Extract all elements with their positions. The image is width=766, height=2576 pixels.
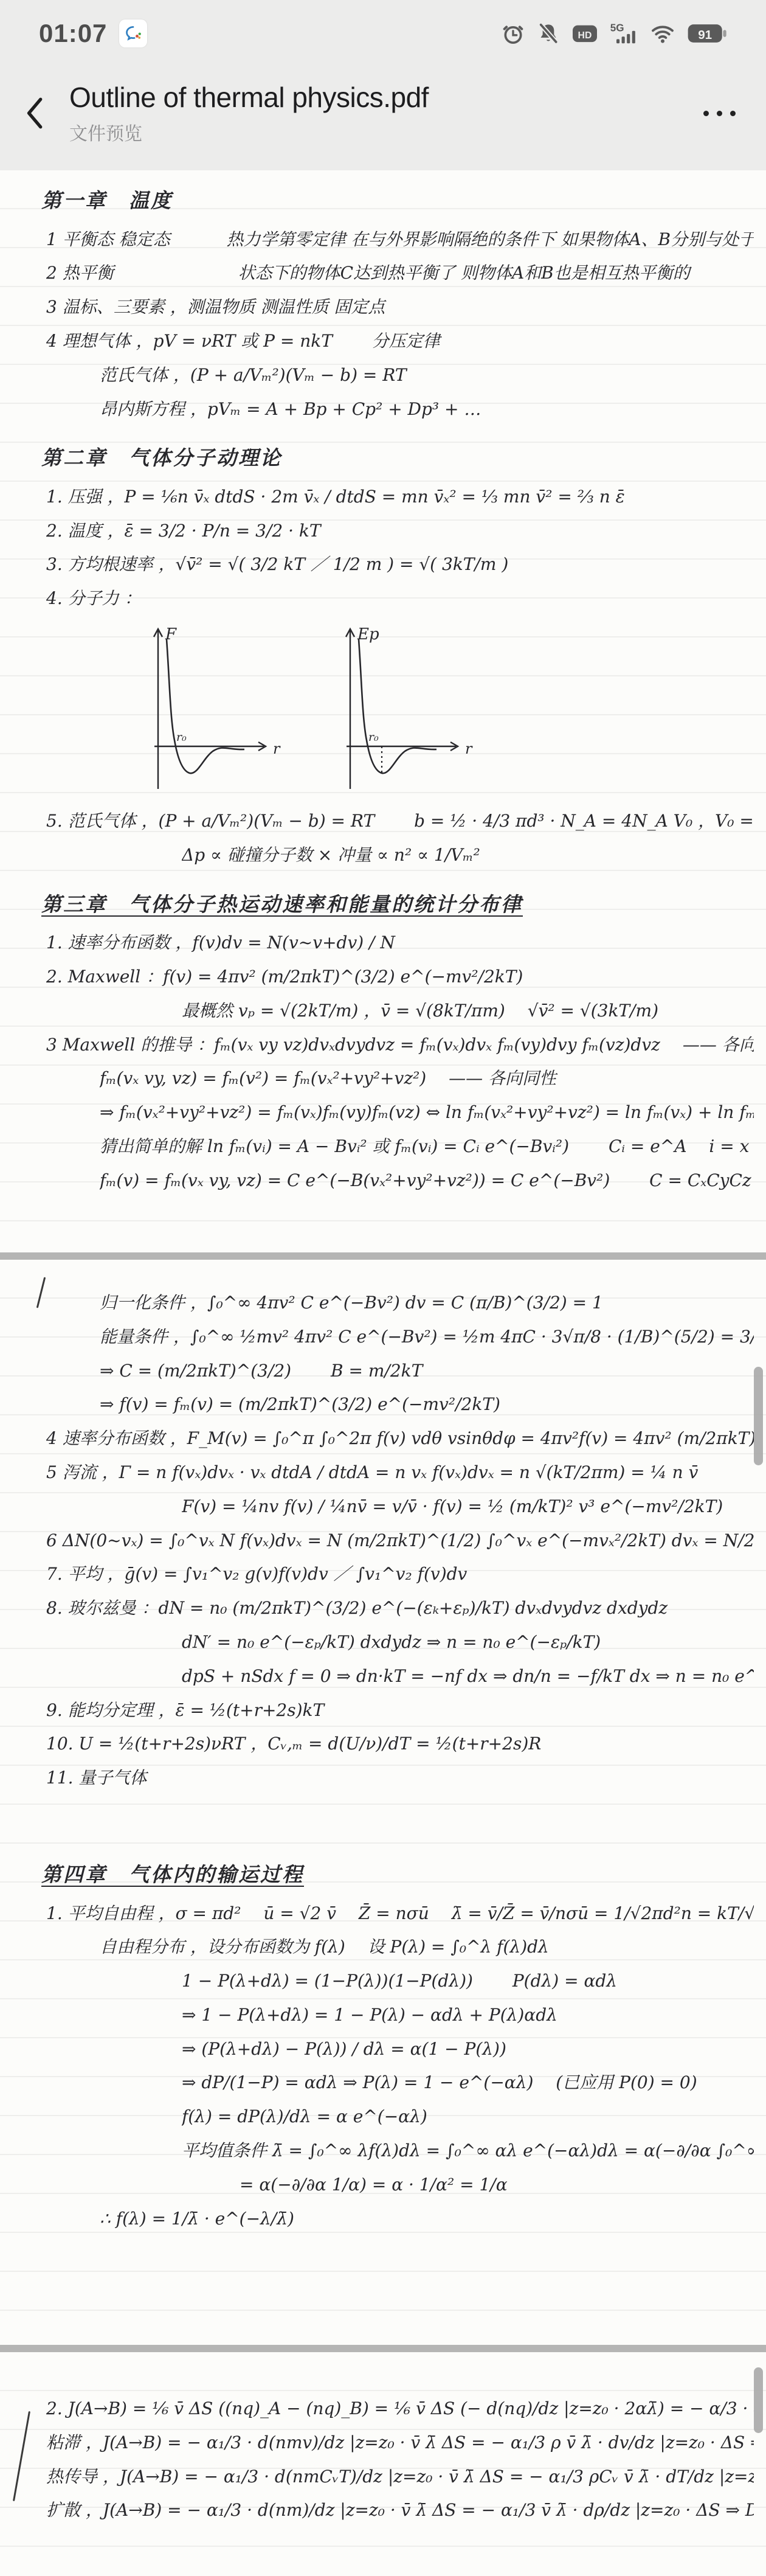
note-line: 1. 压强 ，P = ⅙n v̄ₓ dtdS · 2m v̄ₓ / dtdS =… bbox=[46, 485, 754, 509]
note-line: F(v) = ¼nv f(v) / ¼nv̄ = v/v̄ · f(v) = ½… bbox=[182, 1495, 754, 1518]
note-line: 2 热平衡 状态下的物体C达到热平衡了 则物体A和B也是相互热平衡的 bbox=[46, 262, 754, 285]
pdf-page-3: 2. J(A→B) = ⅙ v̄ ΔS ((nq)_A − (nq)_B) = … bbox=[0, 2352, 766, 2576]
back-button[interactable] bbox=[24, 92, 58, 134]
pen-mark bbox=[36, 1277, 46, 1308]
chapter-heading: 第二章 气体分子动理论 bbox=[41, 445, 754, 472]
note-line: 平均值条件 λ̄ = ∫₀^∞ λf(λ)dλ = ∫₀^∞ αλ e^(−αλ… bbox=[182, 2139, 754, 2162]
wifi-icon bbox=[649, 21, 676, 46]
hd-badge-icon: HD bbox=[571, 21, 598, 46]
chapter-heading: 第一章 温度 bbox=[41, 187, 754, 215]
note-line: 10. U = ½(t+r+2s)νRT ，Cᵥ,ₘ = d(U/ν)/dT =… bbox=[46, 1732, 754, 1755]
svg-text:5G: 5G bbox=[610, 22, 624, 34]
dot-icon bbox=[717, 111, 722, 116]
force-vs-r-plot: F r r₀ bbox=[136, 621, 288, 797]
note-line: 4 理想气体 ，pV = νRT 或 P = nkT 分压定律 bbox=[46, 330, 754, 353]
note-line: 9. 能均分定理 ，ε̄ = ½(t+r+2s)kT bbox=[46, 1699, 754, 1722]
scrollbar-thumb[interactable] bbox=[754, 1367, 763, 1465]
note-line: 8. 玻尔兹曼 ：dN = n₀ (m/2πkT)^(3/2) e^(−(εₖ+… bbox=[46, 1597, 754, 1620]
note-line: dpS + nSdx f = 0 ⇒ dn·kT = −nf dx ⇒ dn/n… bbox=[182, 1665, 754, 1688]
note-line: 2. Maxwell ：f(v) = 4πv² (m/2πkT)^(3/2) e… bbox=[46, 965, 754, 988]
note-line: 热传导 ，J(A→B) = − α₁/3 · d(nmCᵥT)/dz |z=z₀… bbox=[46, 2465, 754, 2488]
dot-icon bbox=[730, 111, 736, 116]
scrollbar-thumb[interactable] bbox=[754, 2367, 763, 2433]
page-title: Outline of thermal physics.pdf bbox=[69, 81, 701, 114]
note-line: 粘滞 ，J(A→B) = − α₁/3 · d(nmv)/dz |z=z₀ · … bbox=[46, 2431, 754, 2454]
note-line: ⇒ C = (m/2πkT)^(3/2) B = m/2kT bbox=[100, 1359, 754, 1383]
potential-vs-r-plot: Ep r r₀ bbox=[328, 621, 480, 797]
note-line: fₘ(vₓ vy, vz) = fₘ(v²) = fₘ(vₓ²+vy²+vz²)… bbox=[100, 1067, 754, 1090]
header: Outline of thermal physics.pdf 文件预览 bbox=[0, 67, 766, 170]
note-line: 5 泻流 ，Γ = n f(vₓ)dvₓ · vₓ dtdA / dtdA = … bbox=[46, 1461, 754, 1484]
note-line: 归一化条件 ，∫₀^∞ 4πv² C e^(−Bv²) dv = C (π/B)… bbox=[100, 1291, 754, 1314]
svg-text:Ep: Ep bbox=[357, 625, 379, 644]
svg-text:r: r bbox=[465, 740, 473, 757]
status-bar: 01:07 HD 5G bbox=[0, 0, 766, 67]
note-line: f(λ) = dP(λ)/dλ = α e^(−αλ) bbox=[182, 2105, 754, 2128]
messenger-app-icon bbox=[119, 19, 147, 47]
note-line: fₘ(v) = fₘ(vₓ vy, vz) = C e^(−B(vₓ²+vy²+… bbox=[100, 1169, 754, 1192]
svg-text:r₀: r₀ bbox=[368, 731, 379, 744]
note-line: 7. 平均 ，ḡ(v) = ∫v₁^v₂ g(v)f(v)dv ／ ∫v₁^v₂… bbox=[46, 1563, 754, 1586]
note-line: 3 温标、三要素 ，测温物质 测温性质 固定点 bbox=[46, 296, 754, 319]
note-line: 3 Maxwell 的推导 ：fₘ(vₓ vy vz)dvₓdvydvz = f… bbox=[46, 1033, 754, 1057]
page-subtitle: 文件预览 bbox=[69, 119, 701, 145]
note-line: 1. 平均自由程 ，σ = πd² ū = √2 v̄ Z̄ = nσū λ̄ … bbox=[46, 1902, 754, 1925]
note-line: ⇒ dP/(1−P) = αdλ ⇒ P(λ) = 1 − e^(−αλ) (已… bbox=[182, 2071, 754, 2094]
chevron-left-icon bbox=[24, 96, 46, 130]
note-line: 1. 速率分布函数 ，f(v)dv = N(v~v+dv) / N bbox=[46, 931, 754, 954]
document-viewport[interactable]: 第一章 温度1 平衡态 稳定态 热力学第零定律 在与外界影响隔绝的条件下 如果物… bbox=[0, 170, 766, 2576]
chapter-heading: 第三章 气体分子热运动速率和能量的统计分布律 bbox=[41, 891, 754, 918]
note-line: 2. 温度 ，ε̄ = 3/2 · P/n = 3/2 · kT bbox=[46, 519, 754, 543]
page-break-band bbox=[0, 2345, 766, 2352]
svg-text:r: r bbox=[273, 740, 281, 757]
note-line: 2. J(A→B) = ⅙ v̄ ΔS ((nq)_A − (nq)_B) = … bbox=[46, 2397, 754, 2420]
pdf-page-1: 第一章 温度1 平衡态 稳定态 热力学第零定律 在与外界影响隔绝的条件下 如果物… bbox=[0, 170, 766, 1252]
note-line: Δp ∝ 碰撞分子数 × 冲量 ∝ n² ∝ 1/Vₘ² bbox=[182, 844, 754, 867]
page-break-band bbox=[0, 1252, 766, 1260]
pen-mark bbox=[13, 2411, 30, 2501]
mute-bell-icon bbox=[536, 21, 561, 46]
svg-text:91: 91 bbox=[698, 28, 712, 42]
alarm-icon bbox=[501, 21, 525, 46]
note-line: 4. 分子力 ： bbox=[46, 587, 754, 610]
note-line: 3. 方均根速率 ，√v̄² = √( 3/2 kT ／ 1/2 m ) = √… bbox=[46, 553, 754, 576]
note-line: 范氏气体 ，(P + a/Vₘ²)(Vₘ − b) = RT bbox=[100, 364, 754, 387]
note-line: dN′ = n₀ e^(−εₚ/kT) dxdydz ⇒ n = n₀ e^(−… bbox=[182, 1631, 754, 1654]
note-line: 11. 量子气体 bbox=[46, 1766, 754, 1790]
note-line: ⇒ (P(λ+dλ) − P(λ)) / dλ = α(1 − P(λ)) bbox=[182, 2038, 754, 2061]
note-line: ⇒ fₘ(vₓ²+vy²+vz²) = fₘ(vₓ)fₘ(vy)fₘ(vz) ⇔… bbox=[100, 1101, 754, 1124]
note-line: ∴ f(λ) = 1/λ̄ · e^(−λ/λ̄) bbox=[100, 2207, 754, 2231]
battery-icon: 91 bbox=[687, 21, 727, 46]
status-time: 01:07 bbox=[39, 19, 107, 48]
svg-text:F: F bbox=[165, 625, 177, 644]
note-line: ⇒ 1 − P(λ+dλ) = 1 − P(λ) − αdλ + P(λ)αdλ bbox=[182, 2004, 754, 2027]
svg-text:r₀: r₀ bbox=[176, 731, 187, 744]
note-line: 1 平衡态 稳定态 热力学第零定律 在与外界影响隔绝的条件下 如果物体A、B分别… bbox=[46, 228, 754, 251]
more-menu-button[interactable] bbox=[701, 105, 738, 122]
pdf-page-2: 归一化条件 ，∫₀^∞ 4πv² C e^(−Bv²) dv = C (π/B)… bbox=[0, 1260, 766, 2345]
note-line: ⇒ f(v) = fₘ(v) = (m/2πkT)^(3/2) e^(−mv²/… bbox=[100, 1393, 754, 1416]
signal-5g-icon: 5G bbox=[609, 21, 638, 46]
note-line: 扩散 ，J(A→B) = − α₁/3 · d(nm)/dz |z=z₀ · v… bbox=[46, 2499, 754, 2522]
chapter-heading: 第四章 气体内的输运过程 bbox=[41, 1861, 754, 1889]
note-line: 5. 范氏气体 ，(P + a/Vₘ²)(Vₘ − b) = RT b = ½ … bbox=[46, 810, 754, 833]
note-line: 1 − P(λ+dλ) = (1−P(λ))(1−P(dλ)) P(dλ) = … bbox=[182, 1970, 754, 1993]
note-line: 猜出简单的解 ln fₘ(vᵢ) = A − Bvᵢ² 或 fₘ(vᵢ) = C… bbox=[100, 1135, 754, 1158]
note-line: 6 ΔN(0~vₓ) = ∫₀^vₓ N f(vₓ)dvₓ = N (m/2πk… bbox=[46, 1529, 754, 1552]
note-line: 最概然 vₚ = √(2kT/m) ，v̄ = √(8kT/πm) √v̄² =… bbox=[182, 999, 754, 1022]
molecular-force-figure: F r r₀ Ep r r₀ bbox=[136, 621, 754, 801]
note-line: 自由程分布 ，设分布函数为 f(λ) 设 P(λ) = ∫₀^λ f(λ)dλ bbox=[100, 1935, 754, 1959]
svg-text:HD: HD bbox=[578, 30, 592, 41]
note-line: 4 速率分布函数 ，F_M(v) = ∫₀^π ∫₀^2π f(v) vdθ v… bbox=[46, 1427, 754, 1450]
dot-icon bbox=[703, 111, 709, 116]
note-line: 能量条件 ，∫₀^∞ ½mv² 4πv² C e^(−Bv²) = ½m 4πC… bbox=[100, 1325, 754, 1349]
note-line: 昂内斯方程 ，pVₘ = A + Bp + Cp² + Dp³ + … bbox=[100, 398, 754, 421]
note-line: = α(−∂/∂α 1/α) = α · 1/α² = 1/α bbox=[240, 2173, 754, 2196]
